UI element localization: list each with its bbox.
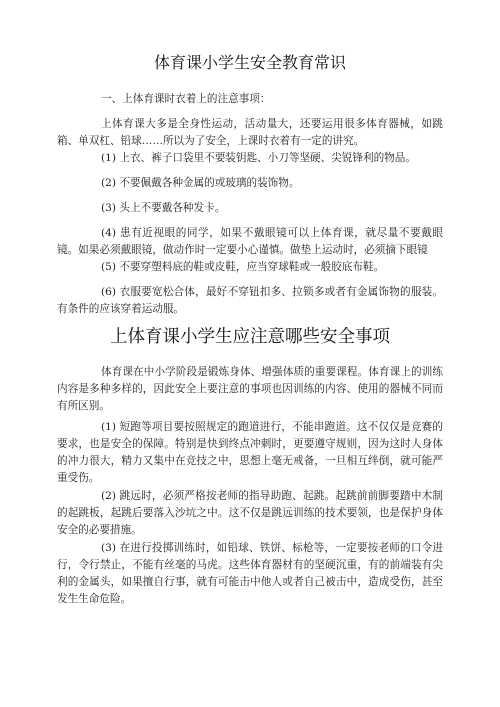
section-heading: 一、上体育课时衣着上的注意事项： (57, 91, 443, 108)
document-title: 体育课小学生安全教育常识 (57, 50, 443, 73)
list-item: (3) 头上不要戴各种发卡。 (57, 200, 443, 217)
section-title: 上体育课小学生应注意哪些安全事项 (57, 323, 443, 348)
list-item: (2) 跳远时，必须严格按老师的指导助跑、起跳。起跳前前脚要踏中木制的起跳板，起… (57, 488, 443, 539)
list-item: (2) 不要佩戴各种金属的或玻璃的装饰物。 (57, 175, 443, 192)
paragraph-intro: 体育课在中小学阶段是锻炼身体、增强体质的重要课程。体育课上的训练内容是多种多样的… (57, 364, 443, 415)
list-item: (1) 短跑等项目要按照规定的跑道进行，不能串跑道。这不仅仅是竞赛的要求，也是安… (57, 419, 443, 487)
list-item: (4) 患有近视眼的同学，如果不戴眼镜可以上体育课，就尽量不要戴眼镜。如果必须戴… (57, 225, 443, 259)
list-item: (3) 在进行投掷训练时，如铅球、铁饼、标枪等，一定要按老师的口令进行，令行禁止… (57, 540, 443, 608)
list-item: (5) 不要穿塑料底的鞋或皮鞋，应当穿球鞋或一般胶底布鞋。 (57, 259, 443, 276)
paragraph-intro: 上体育课大多是全身性运动，活动量大，还要运用很多体育器械，如跳箱、单双杠、铅球…… (57, 116, 443, 150)
list-item: (6) 衣服要宽松合体，最好不穿钮扣多、拉锁多或者有金属饰物的服装。有条件的应该… (57, 284, 443, 318)
list-item: (1) 上衣、裤子口袋里不要装钥匙、小刀等坚硬、尖锐锋利的物品。 (57, 150, 443, 167)
